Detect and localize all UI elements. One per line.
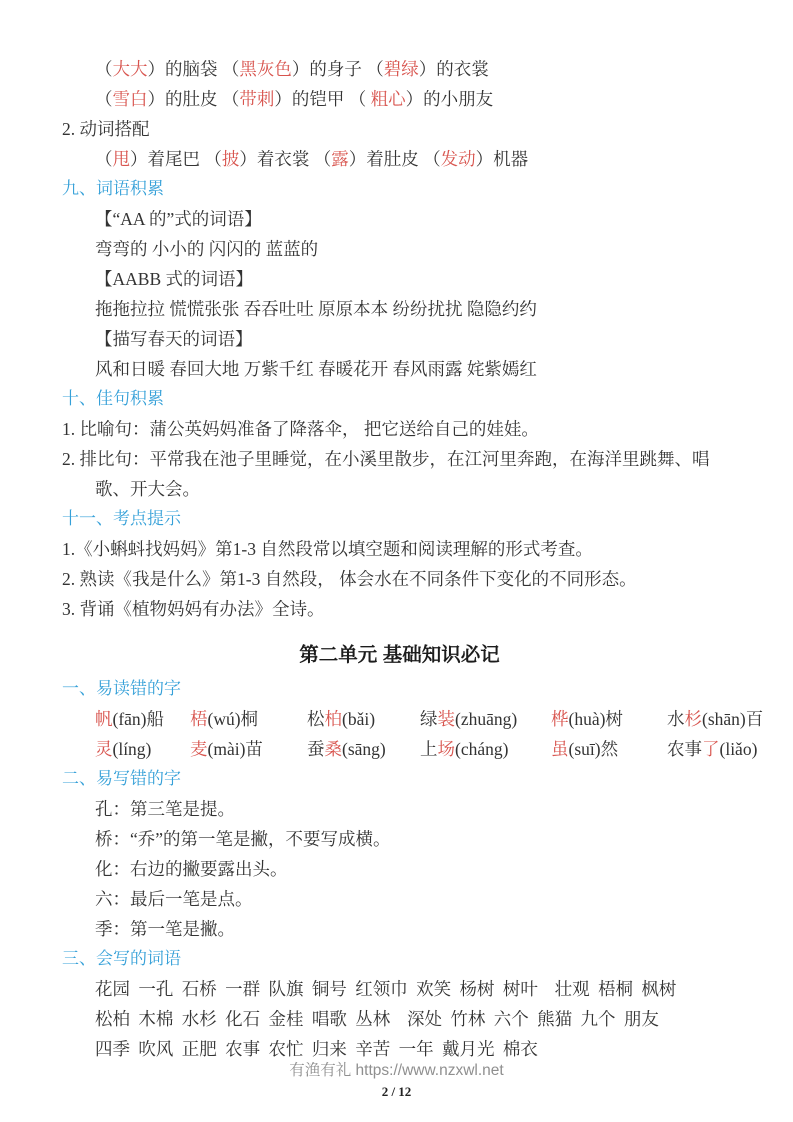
section-gap [62,624,737,636]
text-run: ）着尾巴 （ [130,149,222,169]
text-run: ）着肚皮 （ [349,149,441,169]
text-run: 一、易读错的字 [62,679,181,698]
text-run: 风和日暖 春回大地 万紫千红 春暖花开 春风雨露 姹紫嫣红 [95,359,537,379]
heading-writable-words: 三、会写的词语 [62,944,737,974]
exam-point-1: 1.《小蝌蚪找妈妈》第1-3 自然段常以填空题和阅读理解的形式考查。 [62,534,737,564]
adjective-pairing-line-2: （雪白）的肚皮 （带刺）的铠甲 （ 粗心）的小朋友 [62,84,737,114]
heading-misread-chars: 一、易读错的字 [62,674,737,704]
unit2-title: 第二单元 基础知识必记 [62,636,737,674]
text-run: 孔：第三笔是提。 [95,799,235,819]
exam-point-3: 3. 背诵《植物妈妈有办法》全诗。 [62,594,737,624]
highlighted-char: 粗心 [371,89,406,109]
miswritten-kong: 孔：第三笔是提。 [62,794,737,824]
pinyin-entry: 桦(huà)树 [551,704,667,734]
text-run: 拖拖拉拉 慌慌张张 吞吞吐吐 原原本本 纷纷扰扰 隐隐约约 [95,299,537,319]
highlighted-char: 甩 [113,149,131,169]
text-run: 2. 排比句：平常我在池子里睡觉，在小溪里散步，在江河里奔跑，在海洋里跳舞、唱 [62,449,710,469]
text-run: 1. 比喻句：蒲公英妈妈准备了降落伞， 把它送给自己的娃娃。 [62,419,539,439]
text-run: ）的铠甲 （ [274,89,370,109]
pinyin-entry: 虽(suī)然 [551,734,667,764]
highlighted-char: 梧 [190,709,208,729]
text-run: （ [95,89,113,109]
pinyin-entry: 绿装(zhuāng) [420,704,551,734]
page-number: 2 / 12 [0,1082,793,1102]
text-run: 水 [667,709,685,729]
heading-word-accumulation: 九、词语积累 [62,174,737,204]
writable-words-line-1: 花园 一孔 石桥 一群 队旗 铜号 红领巾 欢笑 杨树 树叶 壮观 梧桐 枫树 [62,974,737,1004]
highlighted-char: 碧绿 [384,59,419,79]
heading-sentence-accumulation: 十、佳句积累 [62,384,737,414]
text-run: 第二单元 基础知识必记 [299,644,499,666]
highlighted-char: 发动 [441,149,476,169]
text-run: 【描写春天的词语】 [95,329,253,349]
text-run: 2. 熟读《我是什么》第1-3 自然段， 体会水在不同条件下变化的不同形态。 [62,569,637,589]
text-run: 季：第一笔是撇。 [95,919,235,939]
pinyin-entry: 蚕桑(sāng) [307,734,420,764]
aa-pattern-words: 弯弯的 小小的 闪闪的 蓝蓝的 [62,234,737,264]
highlighted-char: 桦 [551,709,569,729]
text-run: 3. 背诵《植物妈妈有办法》全诗。 [62,599,325,619]
document-page: （大大）的脑袋 （黑灰色）的身子 （碧绿）的衣裳（雪白）的肚皮 （带刺）的铠甲 … [0,0,793,1122]
text-run: 六：最后一笔是点。 [95,889,253,909]
highlighted-char: 黑灰色 [239,59,292,79]
text-run: (líng) [113,739,152,759]
highlighted-char: 柏 [325,709,343,729]
highlighted-char: 虽 [551,739,569,759]
text-run: ）的小朋友 [406,89,494,109]
misread-chars-line-1: 帆(fān)船梧(wú)桐松柏(bǎi)绿装(zhuāng)桦(huà)树水杉(… [62,704,737,734]
text-run: ）的肚皮 （ [148,89,240,109]
verb-pairing-label: 2. 动词搭配 [62,114,737,144]
text-run: 蚕 [307,739,325,759]
highlighted-char: 麦 [190,739,208,759]
text-run: 1.《小蝌蚪找妈妈》第1-3 自然段常以填空题和阅读理解的形式考查。 [62,539,593,559]
spring-words: 风和日暖 春回大地 万紫千红 春暖花开 春风雨露 姹紫嫣红 [62,354,737,384]
text-run: (zhuāng) [455,709,517,729]
text-run: 农事 [667,739,702,759]
miswritten-liu: 六：最后一笔是点。 [62,884,737,914]
text-run: 2. 动词搭配 [62,119,150,139]
text-run: 松柏 木棉 水杉 化石 金桂 唱歌 丛林 深处 竹林 六个 熊猫 九个 朋友 [95,1009,659,1029]
text-run: 化：右边的撇要露出头。 [95,859,288,879]
highlighted-char: 杉 [685,709,703,729]
miswritten-ji: 季：第一笔是撇。 [62,914,737,944]
spring-words-label: 【描写春天的词语】 [62,324,737,354]
highlighted-char: 披 [222,149,240,169]
miswritten-hua: 化：右边的撇要露出头。 [62,854,737,884]
text-run: (suī)然 [569,739,619,759]
highlighted-char: 装 [438,709,456,729]
text-run: ）的衣裳 [419,59,489,79]
pinyin-entry: 梧(wú)桐 [190,704,307,734]
text-run: 弯弯的 小小的 闪闪的 蓝蓝的 [95,239,318,259]
aa-pattern-label: 【“AA 的”式的词语】 [62,204,737,234]
text-run: 松 [307,709,325,729]
text-run: （ [95,59,113,79]
text-run: 花园 一孔 石桥 一群 队旗 铜号 红领巾 欢笑 杨树 树叶 壮观 梧桐 枫树 [95,979,676,999]
pinyin-entry: 松柏(bǎi) [307,704,420,734]
text-run: (fān)船 [113,709,165,729]
text-run: 四季 吹风 正肥 农事 农忙 归来 辛苦 一年 戴月光 棉衣 [95,1039,538,1059]
text-run: 绿 [420,709,438,729]
text-run: （ [95,149,113,169]
text-run: 十一、考点提示 [62,509,181,528]
exam-point-2: 2. 熟读《我是什么》第1-3 自然段， 体会水在不同条件下变化的不同形态。 [62,564,737,594]
text-run: 十、佳句积累 [62,389,164,408]
text-run: ）的脑袋 （ [148,59,240,79]
highlighted-char: 了 [702,739,720,759]
heading-miswritten-chars: 二、易写错的字 [62,764,737,794]
misread-chars-line-2: 灵(líng)麦(mài)苗蚕桑(sāng)上场(cháng)虽(suī)然农事… [62,734,737,764]
document-body: （大大）的脑袋 （黑灰色）的身子 （碧绿）的衣裳（雪白）的肚皮 （带刺）的铠甲 … [62,54,737,1064]
text-run: (huà)树 [569,709,623,729]
text-run: 【“AA 的”式的词语】 [95,209,262,229]
highlighted-char: 桑 [325,739,343,759]
text-run: 二、易写错的字 [62,769,181,788]
text-run: ）的身子 （ [292,59,384,79]
parallel-sentence-continuation: 歌、开大会。 [62,474,737,504]
text-run: (cháng) [455,739,508,759]
pinyin-entry: 灵(líng) [95,734,190,764]
highlighted-char: 场 [438,739,456,759]
text-run: 桥：“乔”的第一笔是撇，不要写成横。 [95,829,391,849]
text-run: (bǎi) [342,709,375,729]
text-run: ）着衣裳 （ [239,149,331,169]
text-run: 歌、开大会。 [95,479,200,499]
highlighted-char: 帆 [95,709,113,729]
text-run: (sāng) [342,739,386,759]
highlighted-char: 雪白 [113,89,148,109]
writable-words-line-2: 松柏 木棉 水杉 化石 金桂 唱歌 丛林 深处 竹林 六个 熊猫 九个 朋友 [62,1004,737,1034]
aabb-pattern-words: 拖拖拉拉 慌慌张张 吞吞吐吐 原原本本 纷纷扰扰 隐隐约约 [62,294,737,324]
verb-pairing-line: （甩）着尾巴 （披）着衣裳 （露）着肚皮 （发动）机器 [62,144,737,174]
adjective-pairing-line-1: （大大）的脑袋 （黑灰色）的身子 （碧绿）的衣裳 [62,54,737,84]
pinyin-entry: 农事了(liǎo) [667,734,757,764]
pinyin-entry: 上场(cháng) [420,734,551,764]
text-run: (mài)苗 [208,739,263,759]
text-run: 九、词语积累 [62,179,164,198]
text-run: 三、会写的词语 [62,949,181,968]
highlighted-char: 带刺 [239,89,274,109]
text-run: 【AABB 式的词语】 [95,269,253,289]
pinyin-entry: 麦(mài)苗 [190,734,307,764]
parallel-sentence: 2. 排比句：平常我在池子里睡觉，在小溪里散步，在江河里奔跑，在海洋里跳舞、唱 [62,444,737,474]
miswritten-qiao: 桥：“乔”的第一笔是撇，不要写成横。 [62,824,737,854]
heading-exam-points: 十一、考点提示 [62,504,737,534]
text-run: ）机器 [476,149,529,169]
text-run: (shān)百 [702,709,763,729]
highlighted-char: 露 [331,149,349,169]
highlighted-char: 灵 [95,739,113,759]
simile-sentence: 1. 比喻句：蒲公英妈妈准备了降落伞， 把它送给自己的娃娃。 [62,414,737,444]
page-footer: 有渔有礼 https://www.nzxwl.net 2 / 12 [0,1060,793,1102]
pinyin-entry: 帆(fān)船 [95,704,190,734]
text-run: (wú)桐 [208,709,259,729]
highlighted-char: 大大 [113,59,148,79]
aabb-pattern-label: 【AABB 式的词语】 [62,264,737,294]
watermark-site-line: 有渔有礼 https://www.nzxwl.net [0,1060,793,1082]
text-run: 上 [420,739,438,759]
pinyin-entry: 水杉(shān)百 [667,704,763,734]
text-run: (liǎo) [720,739,758,759]
